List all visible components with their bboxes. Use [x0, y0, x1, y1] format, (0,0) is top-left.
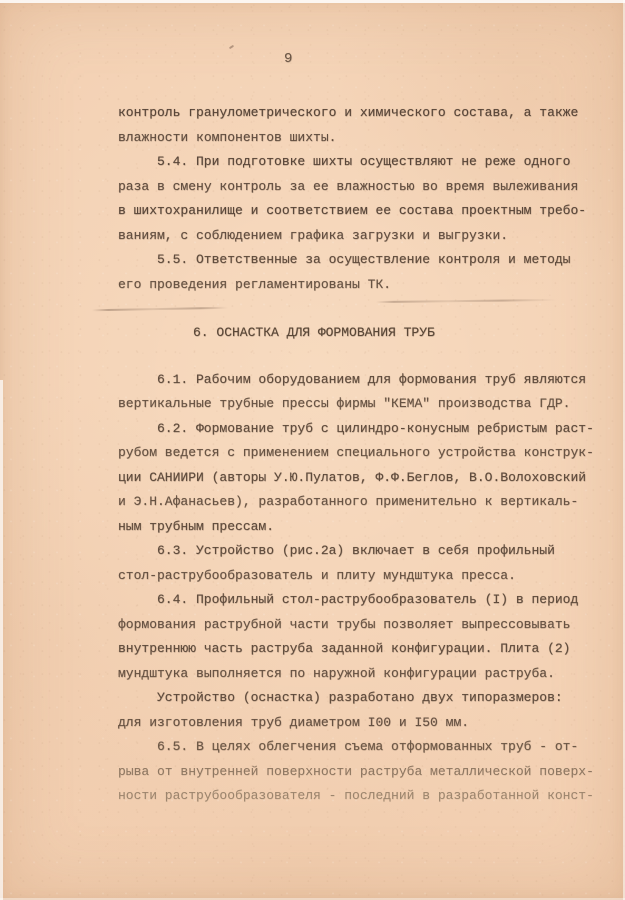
text-line: ции САНИИРИ (авторы У.Ю.Пулатов, Ф.Ф.Бег…: [118, 466, 600, 491]
scan-edge-left: [0, 380, 3, 900]
text-line: 6.1. Рабочим оборудованием для формовани…: [118, 368, 600, 393]
text-line: 5.5. Ответственные за осуществление конт…: [118, 248, 600, 273]
para-5-4: 5.4. При подготовке шихты осуществляют н…: [118, 150, 600, 248]
text-line: раза в смену контроль за ее влажностью в…: [118, 175, 600, 200]
para-5-5: 5.5. Ответственные за осуществление конт…: [118, 248, 600, 297]
section-6-heading: 6. ОСНАСТКА ДЛЯ ФОРМОВАНИЯ ТРУБ: [118, 321, 600, 346]
text-line: 5.4. При подготовке шихты осуществляют н…: [118, 150, 600, 175]
text-line: Устройство (оснастка) разработано двух т…: [118, 686, 600, 711]
para-typesizes: Устройство (оснастка) разработано двух т…: [118, 686, 600, 735]
text-line: стол-раструбообразователь и плиту мундшт…: [118, 564, 600, 589]
scanned-document-page: 9 контроль гранулометрического и химичес…: [0, 0, 625, 900]
text-line: рубом ведется с применением специального…: [118, 441, 600, 466]
para-6-5: 6.5. В целях облегчения съема отформован…: [118, 735, 600, 809]
text-line: ваниям, с соблюдением графика загрузки и…: [118, 224, 600, 249]
para-6-3: 6.3. Устройство (рис.2а) включает в себя…: [118, 539, 600, 588]
text-line: 6.4. Профильный стол-раструбообразовател…: [118, 588, 600, 613]
text-line: 6.2. Формование труб с цилиндро-конусным…: [118, 417, 600, 442]
text-line: влажности компонентов шихты.: [118, 126, 600, 151]
text-line: 6.3. Устройство (рис.2а) включает в себя…: [118, 539, 600, 564]
text-line: его проведения регламентированы ТК.: [118, 273, 600, 298]
ink-speck: [229, 45, 234, 50]
text-line: контроль гранулометрического и химическо…: [118, 101, 600, 126]
text-line: и Э.Н.Афанасьев), разработанного примени…: [118, 490, 600, 515]
para-6-2: 6.2. Формование труб с цилиндро-конусным…: [118, 417, 600, 540]
page-number: 9: [284, 51, 292, 67]
text-line: формования раструбной части трубы позвол…: [118, 613, 600, 638]
para-6-1: 6.1. Рабочим оборудованием для формовани…: [118, 368, 600, 417]
text-line: рыва от внутренней поверхности раструба …: [118, 760, 600, 785]
text-line: ным трубным прессам.: [118, 515, 600, 540]
text-body: контроль гранулометрического и химическо…: [118, 101, 600, 809]
para-5-3-continuation: контроль гранулометрического и химическо…: [118, 101, 600, 150]
text-line: 6.5. В целях облегчения съема отформован…: [118, 735, 600, 760]
scan-edge-top: [0, 0, 625, 3]
text-line: ности раструбообразователя - последний в…: [118, 784, 600, 809]
text-line: внутреннюю часть раструба заданной конфи…: [118, 637, 600, 662]
text-line: мундштука выполняется по наружной конфиг…: [118, 662, 600, 687]
text-line: вертикальные трубные прессы фирмы "КЕМА"…: [118, 392, 600, 417]
para-6-4: 6.4. Профильный стол-раструбообразовател…: [118, 588, 600, 686]
text-line: для изготовления труб диаметром I00 и I5…: [118, 711, 600, 736]
text-line: в шихтохранилище и соответствием ее сост…: [118, 199, 600, 224]
